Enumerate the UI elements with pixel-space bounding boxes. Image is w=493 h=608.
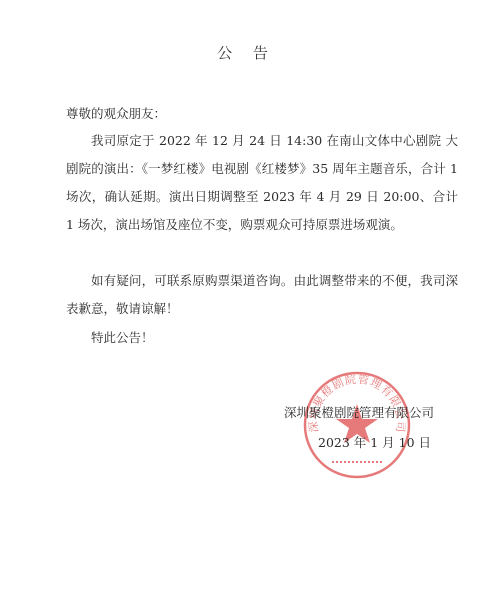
paragraph-apology: 如有疑问，可联系原购票渠道咨询。由此调整带来的不便，我司深表歉意，敬请谅解！ [66,267,458,323]
signature-date: 2023 年 1 月 10 日 [318,433,431,451]
paragraph-postponement: 我司原定于 2022 年 12 月 24 日 14:30 在南山文体中心剧院 大… [66,127,458,239]
salutation: 尊敬的观众朋友： [66,104,166,122]
paragraph-closing: 特此公告！ [66,324,458,352]
company-seal-icon: 深圳聚橙剧院管理有限公司 [302,370,412,480]
signature-company: 深圳聚橙剧院管理有限公司 [284,403,434,421]
notice-title: 公 告 [0,42,493,63]
notice-page: 公 告 尊敬的观众朋友： 我司原定于 2022 年 12 月 24 日 14:3… [0,0,493,608]
